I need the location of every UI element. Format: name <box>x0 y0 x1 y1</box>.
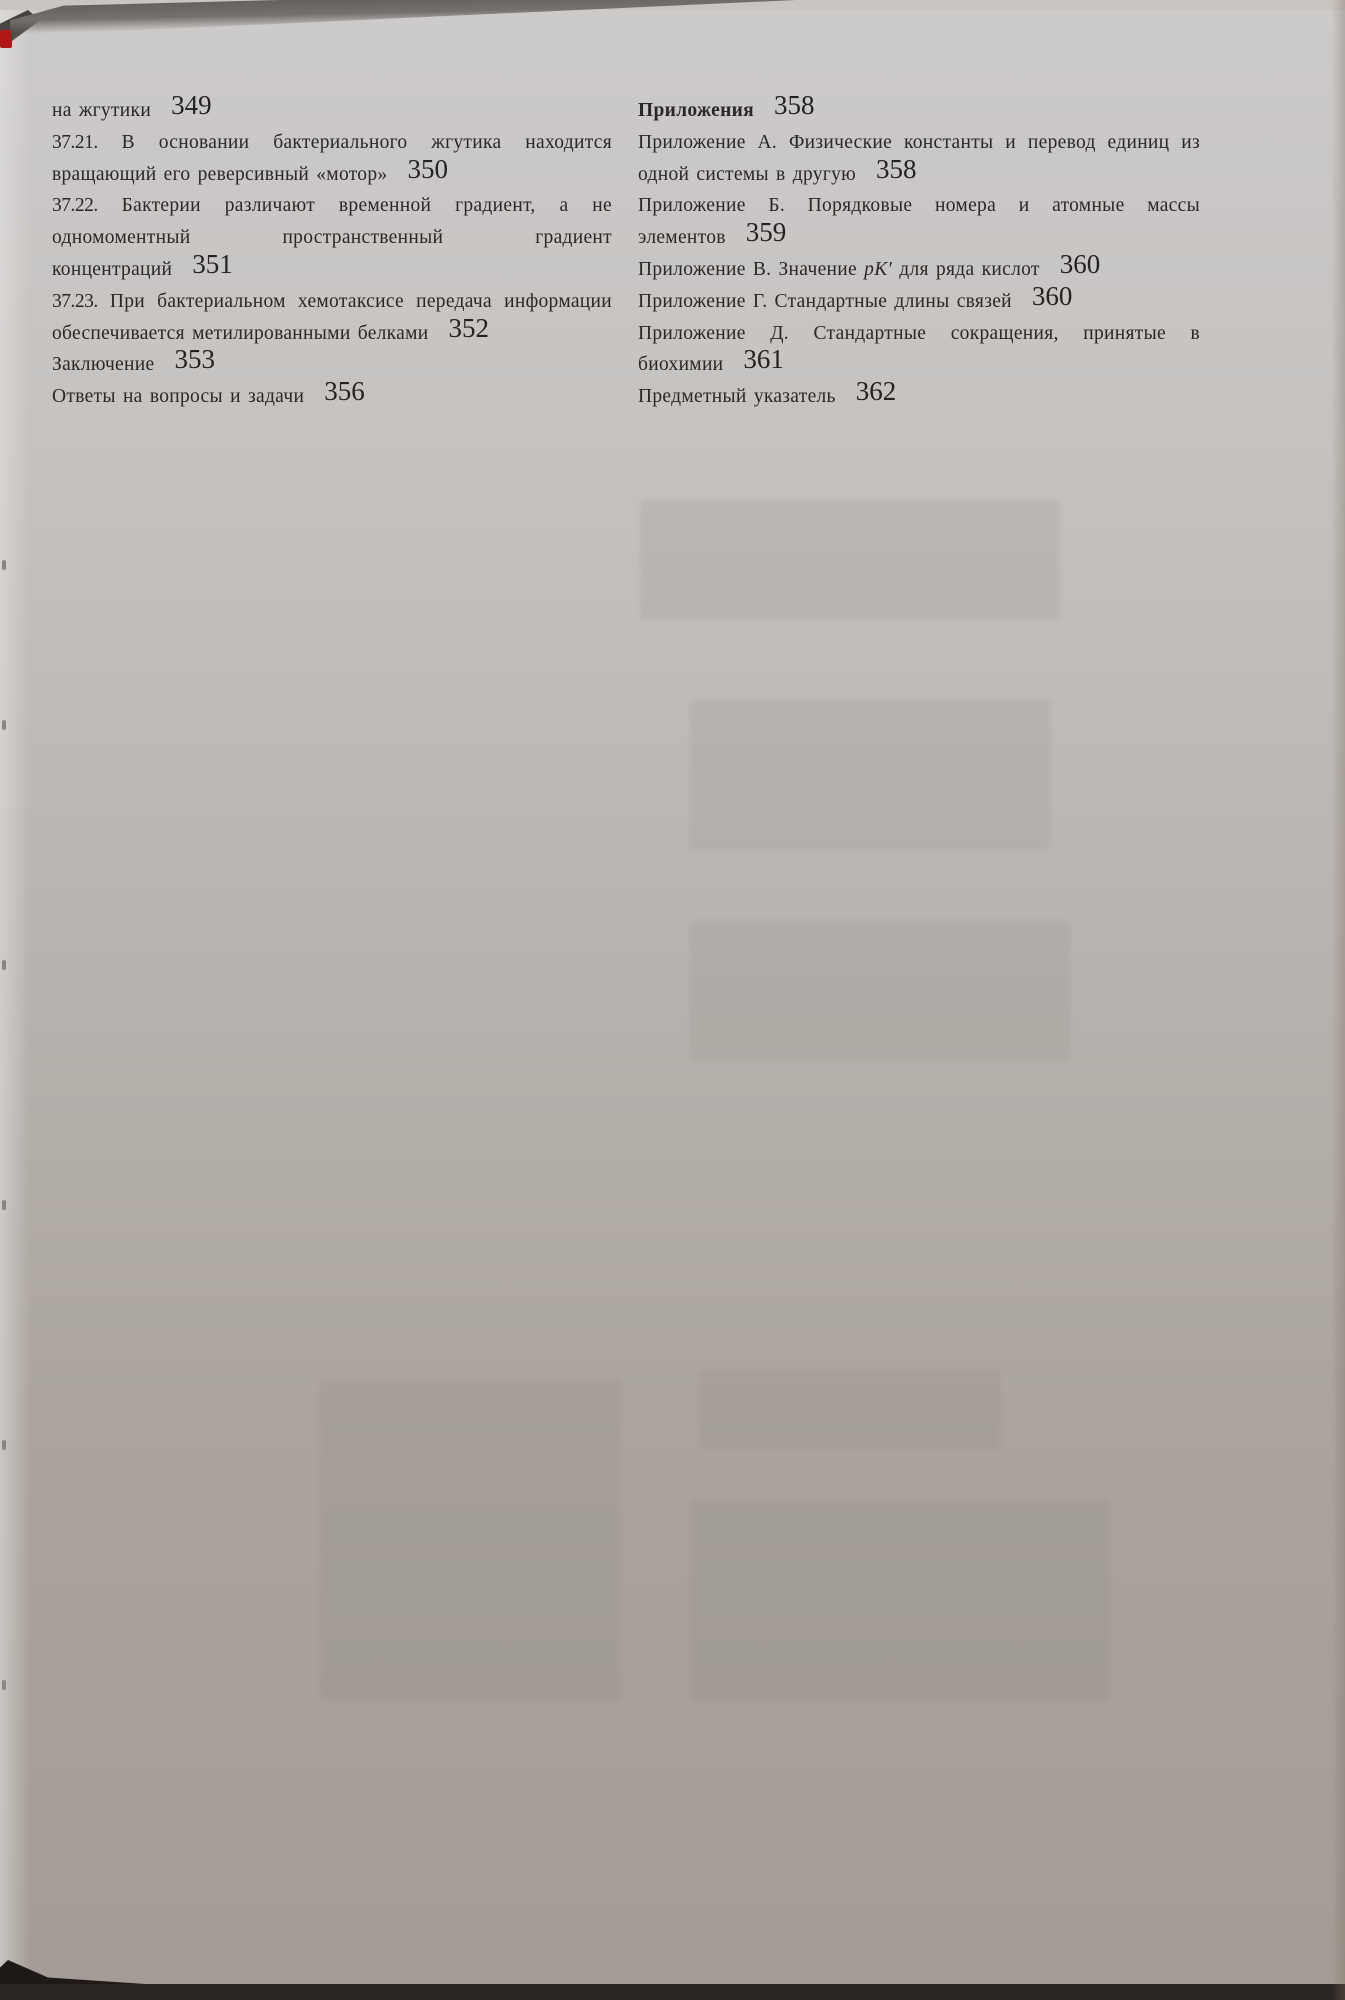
binding-stitch <box>2 1200 6 1210</box>
appendices-heading: Приложения <box>638 100 754 121</box>
binding-stitch <box>2 720 6 730</box>
page-number: 360 <box>1032 281 1073 311</box>
toc-entry: 37.22. Бактерии различают временной град… <box>52 190 612 285</box>
entry-title: на жгутики <box>52 100 151 121</box>
page-number: 352 <box>448 313 489 343</box>
show-through <box>320 1380 620 1700</box>
toc-entry: Приложение Г. Стандартные длины связей36… <box>638 286 1200 318</box>
toc-left-column: на жгутики349 37.21. В основании бактери… <box>52 95 612 413</box>
section-number: 37.23. <box>52 291 98 312</box>
entry-title: Ответы на вопросы и задачи <box>52 386 304 407</box>
toc-entry: Приложение Б. Порядковые номера и атомны… <box>638 190 1200 254</box>
toc-entry: Приложение Д. Стандартные сокращения, пр… <box>638 318 1200 382</box>
toc-entry: Приложение А. Физические константы и пер… <box>638 127 1200 191</box>
entry-title-end: для ряда кислот <box>899 259 1039 280</box>
page-number: 362 <box>856 376 897 406</box>
toc-entry: 37.21. В основании бактериального жгутик… <box>52 127 612 191</box>
page-number: 358 <box>876 154 917 184</box>
show-through <box>690 920 1070 1060</box>
cover-bottom-edge <box>0 1984 1345 2000</box>
toc-entry: Приложение В. Значение pK′ для ряда кисл… <box>638 254 1200 286</box>
page-number: 356 <box>324 376 365 406</box>
show-through <box>700 1370 1000 1450</box>
binding-stitch <box>2 960 6 970</box>
section-number: 37.22. <box>52 195 98 216</box>
entry-title: Заключение <box>52 354 154 375</box>
page-number: 360 <box>1060 249 1101 279</box>
entry-title: Приложение Б. Порядковые номера и атомны… <box>638 195 1200 248</box>
toc-entry: Ответы на вопросы и задачи356 <box>52 381 612 413</box>
binding-stitch <box>2 1440 6 1450</box>
show-through <box>690 700 1050 850</box>
page-number: 359 <box>746 217 787 247</box>
toc-right-column: Приложения358 Приложение А. Физические к… <box>638 95 1200 413</box>
toc-entry: на жгутики349 <box>52 95 612 127</box>
entry-title: В основании бактериального жгутика наход… <box>52 132 612 185</box>
toc-entry: 37.23. При бактериальном хемотаксисе пер… <box>52 286 612 350</box>
page-number: 349 <box>171 90 212 120</box>
show-through <box>690 1500 1110 1700</box>
entry-title: При бактериальном хемотаксисе передача и… <box>52 291 612 344</box>
entry-title: Приложение А. Физические константы и пер… <box>638 132 1200 185</box>
page-number: 353 <box>174 344 215 374</box>
toc-heading: Приложения358 <box>638 95 1200 127</box>
section-number: 37.21. <box>52 132 98 153</box>
binding-stitch <box>2 560 6 570</box>
page-number: 350 <box>407 154 448 184</box>
pk-symbol: pK′ <box>864 259 892 280</box>
entry-title: Предметный указатель <box>638 386 836 407</box>
entry-title: Приложение Д. Стандартные сокращения, пр… <box>638 323 1200 376</box>
page-number: 361 <box>743 344 784 374</box>
toc-entry: Предметный указатель362 <box>638 381 1200 413</box>
entry-title-start: Приложение В. Значение <box>638 259 857 280</box>
entry-title: Приложение Г. Стандартные длины связей <box>638 291 1012 312</box>
page-number: 358 <box>774 90 815 120</box>
book-page: на жгутики349 37.21. В основании бактери… <box>0 0 1345 2000</box>
entry-title: Бактерии различают временной градиент, а… <box>52 195 612 280</box>
page-number: 351 <box>192 249 233 279</box>
binding-stitch <box>2 1680 6 1690</box>
show-through <box>640 500 1060 620</box>
